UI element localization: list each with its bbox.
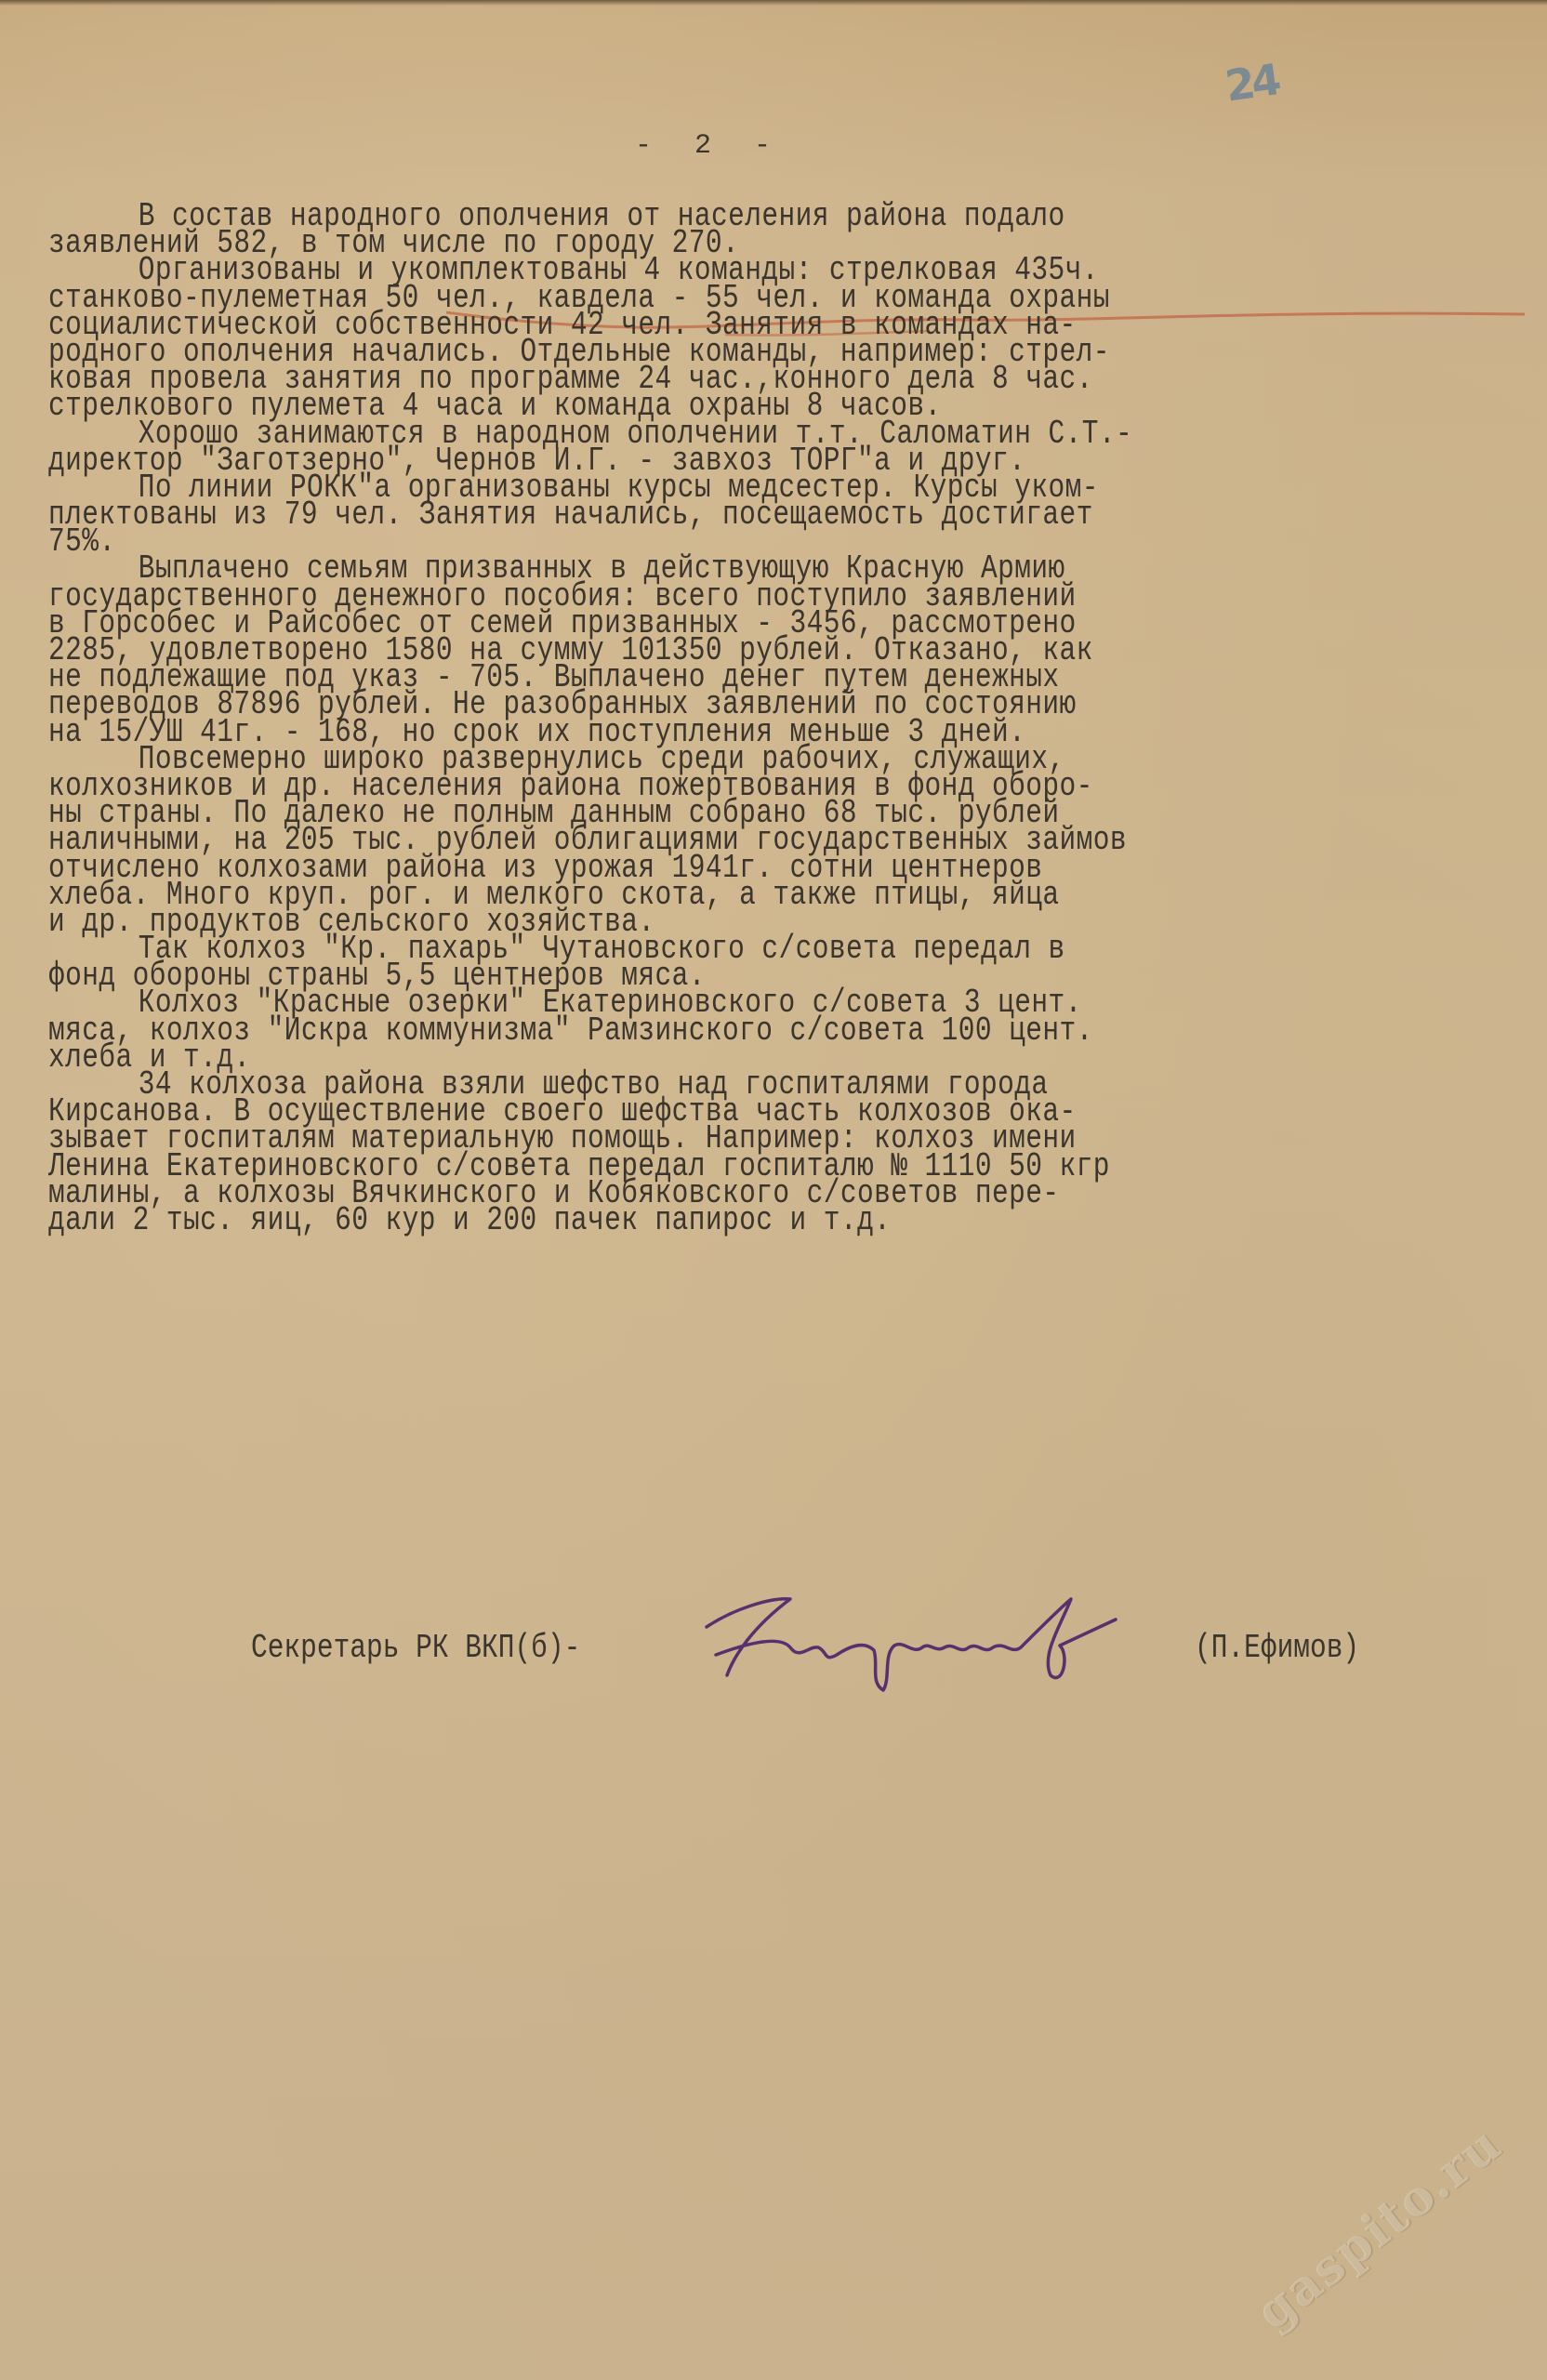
paragraph: По линии РОКК"а организованы курсы медсе… — [48, 474, 1268, 556]
paragraph: Колхоз "Красные озерки" Екатериновского … — [48, 989, 1268, 1071]
paragraph: Выплачено семьям призванных в действующу… — [48, 555, 1268, 745]
document-body: В состав народного ополчения от населени… — [48, 203, 1268, 1234]
page-number: - 2 - — [635, 130, 784, 162]
archive-sheet-number: 24 — [1223, 54, 1281, 111]
paragraph: Организованы и укомплектованы 4 команды:… — [48, 257, 1268, 419]
text-line: дали 2 тыс. яиц, 60 кур и 200 пачек папи… — [48, 1207, 1268, 1234]
paragraph: 34 колхоза района взяли шефство над госп… — [48, 1071, 1268, 1234]
signatory-position: Секретарь РК ВКП(б)- — [251, 1629, 580, 1667]
paragraph: Так колхоз "Кр. пахарь" Чутановского с/с… — [48, 935, 1268, 989]
handwritten-signature — [651, 1590, 1227, 1692]
signatory-name: (П.Ефимов) — [1195, 1629, 1359, 1667]
page-top-edge — [0, 0, 1547, 6]
paragraph: Хорошо занимаются в народном ополчении т… — [48, 420, 1268, 474]
text-line: плектованы из 79 чел. Занятия начались, … — [48, 501, 1268, 528]
paragraph: Повсемерно широко развернулись среди раб… — [48, 746, 1268, 935]
paragraph: В состав народного ополчения от населени… — [48, 203, 1268, 257]
